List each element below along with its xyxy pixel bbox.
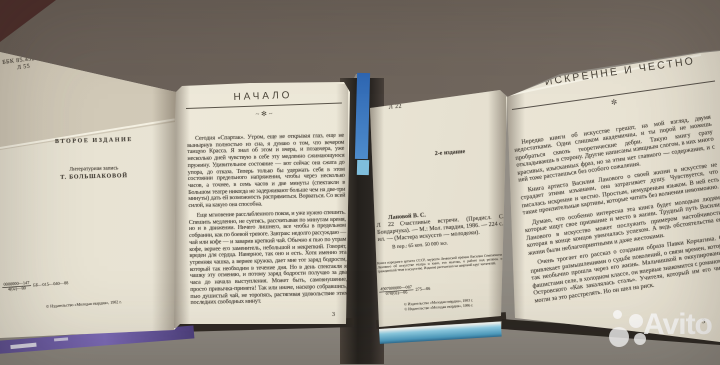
print-code-tail: 275—86 <box>415 287 430 292</box>
print-code: 0000000—147 4(02)—80 ББ—015—040—88 <box>2 278 69 292</box>
print-code-tail: ББ—015—040—88 <box>33 281 68 288</box>
cover-white-dash <box>54 337 68 341</box>
print-code-bottom: 4(02)—80 <box>8 287 26 293</box>
body-text: Нередко книги об искусстве грешат, на мо… <box>513 114 720 308</box>
byline-label: Литературная запись <box>50 165 138 173</box>
edition-title: ВТОРОЕ ИЗДАНИЕ <box>48 137 140 145</box>
ornament: ~ ✻ ~ <box>186 107 342 120</box>
bibliographic-block: Лановой В. С. Л 22 Счастливые встречи. (… <box>376 207 506 252</box>
gutter-shadow <box>488 90 506 320</box>
print-code-fraction: 4907000000—087 078(02)—86 <box>379 285 414 297</box>
blue-cover-edge <box>355 73 370 159</box>
edition-note: 2-е издание <box>416 148 484 159</box>
cover-white-dash <box>10 343 36 349</box>
chapter-title: НАЧАЛО <box>186 88 340 104</box>
body-text: Сегодня «Спартак». Утром, еще не открыва… <box>187 133 348 310</box>
byline: Литературная запись Т. БОЛЬШАКОВОЙ <box>50 165 138 181</box>
paragraph: Еще мгновение расслабленного покоя, и уж… <box>189 210 348 307</box>
photo-two-open-books: ББК 85.452 Л 55 ВТОРОЕ ИЗДАНИЕ Литератур… <box>0 0 720 365</box>
byline-name: Т. БОЛЬШАКОВОЙ <box>50 173 138 181</box>
print-code-bottom: 078(02)—86 <box>386 291 408 297</box>
cyan-cover-chip <box>357 160 369 175</box>
avito-watermark: Avito <box>585 300 720 365</box>
paragraph: Сегодня «Спартак». Утром, еще не открыва… <box>187 133 346 210</box>
avito-logo-circle-icon <box>609 327 629 347</box>
avito-watermark-text: Avito <box>643 308 712 342</box>
avito-logo-circle-icon <box>613 310 622 319</box>
annotation-text: Книга народного артиста СССР, лауреата Л… <box>377 253 503 274</box>
avito-logo-circle-icon <box>629 314 643 328</box>
ornament: ✼ <box>512 83 716 120</box>
page-number: 3 <box>332 312 335 318</box>
print-code-fraction: 0000000—147 4(02)—80 <box>2 281 31 293</box>
